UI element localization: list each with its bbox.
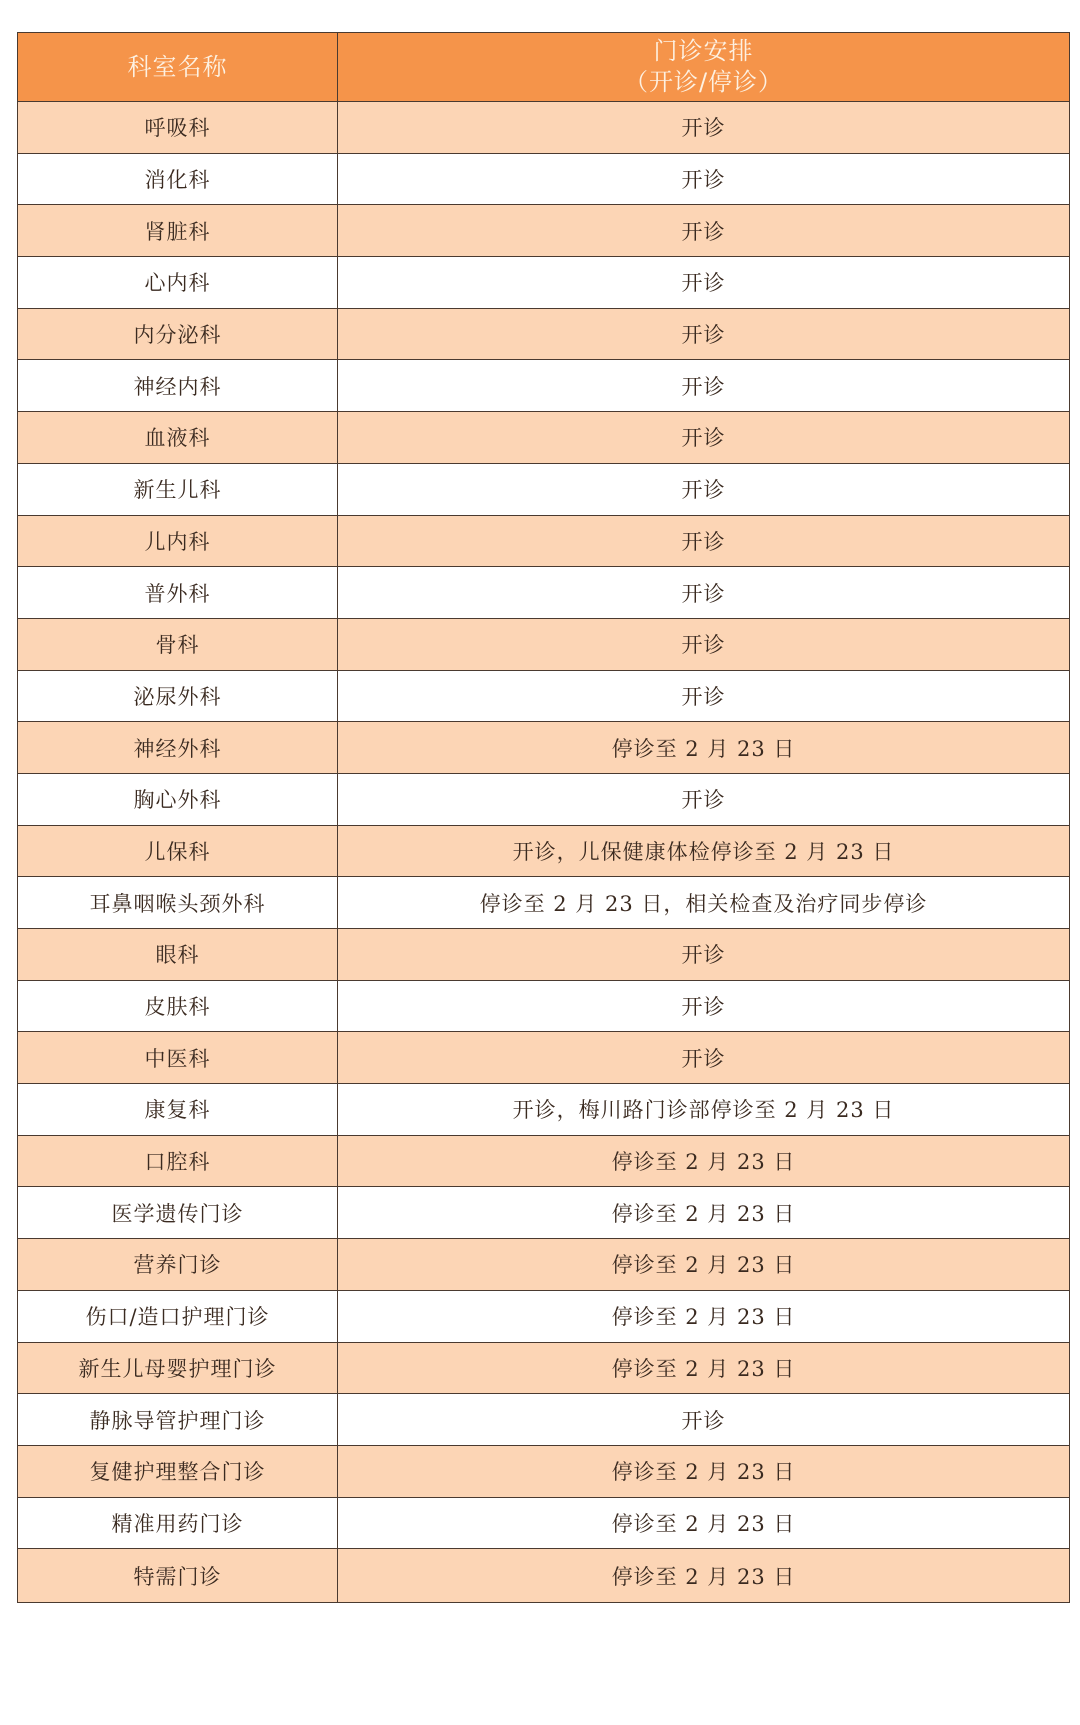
department-name-cell: 康复科 bbox=[18, 1084, 338, 1136]
schedule-status-cell: 开诊 bbox=[338, 618, 1070, 670]
department-name-cell: 血液科 bbox=[18, 412, 338, 464]
table-row: 耳鼻咽喉头颈外科停诊至 2 月 23 日，相关检查及治疗同步停诊 bbox=[18, 877, 1070, 929]
table-row: 皮肤科开诊 bbox=[18, 980, 1070, 1032]
table-row: 复健护理整合门诊停诊至 2 月 23 日 bbox=[18, 1445, 1070, 1497]
table-row: 血液科开诊 bbox=[18, 412, 1070, 464]
table-row: 中医科开诊 bbox=[18, 1032, 1070, 1084]
table-row: 普外科开诊 bbox=[18, 567, 1070, 619]
schedule-status-cell: 开诊 bbox=[338, 205, 1070, 257]
schedule-status-cell: 停诊至 2 月 23 日 bbox=[338, 1497, 1070, 1549]
table-row: 口腔科停诊至 2 月 23 日 bbox=[18, 1135, 1070, 1187]
schedule-status-cell: 停诊至 2 月 23 日 bbox=[338, 1135, 1070, 1187]
department-name-cell: 消化科 bbox=[18, 153, 338, 205]
table-row: 神经内科开诊 bbox=[18, 360, 1070, 412]
department-name-cell: 呼吸科 bbox=[18, 102, 338, 154]
table-row: 泌尿外科开诊 bbox=[18, 670, 1070, 722]
table-row: 肾脏科开诊 bbox=[18, 205, 1070, 257]
department-name-cell: 儿保科 bbox=[18, 825, 338, 877]
schedule-status-cell: 开诊 bbox=[338, 1032, 1070, 1084]
department-name-cell: 复健护理整合门诊 bbox=[18, 1445, 338, 1497]
header-schedule: 门诊安排 （开诊/停诊） bbox=[338, 33, 1070, 102]
table-row: 医学遗传门诊停诊至 2 月 23 日 bbox=[18, 1187, 1070, 1239]
department-name-cell: 中医科 bbox=[18, 1032, 338, 1084]
department-name-cell: 精准用药门诊 bbox=[18, 1497, 338, 1549]
table-row: 康复科开诊，梅川路门诊部停诊至 2 月 23 日 bbox=[18, 1084, 1070, 1136]
schedule-status-cell: 停诊至 2 月 23 日 bbox=[338, 1187, 1070, 1239]
table-row: 骨科开诊 bbox=[18, 618, 1070, 670]
schedule-status-cell: 开诊，梅川路门诊部停诊至 2 月 23 日 bbox=[338, 1084, 1070, 1136]
department-name-cell: 胸心外科 bbox=[18, 773, 338, 825]
schedule-status-cell: 停诊至 2 月 23 日 bbox=[338, 1342, 1070, 1394]
department-name-cell: 特需门诊 bbox=[18, 1549, 338, 1603]
table-header: 科室名称 门诊安排 （开诊/停诊） bbox=[18, 33, 1070, 102]
schedule-status-cell: 开诊 bbox=[338, 463, 1070, 515]
schedule-status-cell: 开诊 bbox=[338, 773, 1070, 825]
schedule-status-cell: 开诊 bbox=[338, 567, 1070, 619]
schedule-status-cell: 停诊至 2 月 23 日 bbox=[338, 1290, 1070, 1342]
schedule-status-cell: 停诊至 2 月 23 日 bbox=[338, 722, 1070, 774]
department-name-cell: 骨科 bbox=[18, 618, 338, 670]
table-row: 内分泌科开诊 bbox=[18, 308, 1070, 360]
table-row: 静脉导管护理门诊开诊 bbox=[18, 1394, 1070, 1446]
department-name-cell: 神经外科 bbox=[18, 722, 338, 774]
schedule-status-cell: 开诊 bbox=[338, 308, 1070, 360]
header-schedule-subtitle: （开诊/停诊） bbox=[338, 67, 1069, 98]
table-row: 伤口/造口护理门诊停诊至 2 月 23 日 bbox=[18, 1290, 1070, 1342]
schedule-status-cell: 开诊 bbox=[338, 102, 1070, 154]
department-name-cell: 伤口/造口护理门诊 bbox=[18, 1290, 338, 1342]
schedule-status-cell: 开诊 bbox=[338, 980, 1070, 1032]
table-row: 眼科开诊 bbox=[18, 929, 1070, 981]
table-row: 新生儿母婴护理门诊停诊至 2 月 23 日 bbox=[18, 1342, 1070, 1394]
clinic-schedule-table: 科室名称 门诊安排 （开诊/停诊） 呼吸科开诊消化科开诊肾脏科开诊心内科开诊内分… bbox=[17, 32, 1070, 1603]
department-name-cell: 儿内科 bbox=[18, 515, 338, 567]
header-schedule-title: 门诊安排 bbox=[338, 36, 1069, 67]
table-row: 消化科开诊 bbox=[18, 153, 1070, 205]
department-name-cell: 内分泌科 bbox=[18, 308, 338, 360]
schedule-status-cell: 开诊 bbox=[338, 929, 1070, 981]
department-name-cell: 皮肤科 bbox=[18, 980, 338, 1032]
department-name-cell: 肾脏科 bbox=[18, 205, 338, 257]
schedule-status-cell: 开诊 bbox=[338, 670, 1070, 722]
schedule-status-cell: 开诊 bbox=[338, 153, 1070, 205]
schedule-status-cell: 开诊，儿保健康体检停诊至 2 月 23 日 bbox=[338, 825, 1070, 877]
department-name-cell: 静脉导管护理门诊 bbox=[18, 1394, 338, 1446]
department-name-cell: 耳鼻咽喉头颈外科 bbox=[18, 877, 338, 929]
department-name-cell: 营养门诊 bbox=[18, 1239, 338, 1291]
schedule-status-cell: 开诊 bbox=[338, 412, 1070, 464]
table-row: 神经外科停诊至 2 月 23 日 bbox=[18, 722, 1070, 774]
table-row: 儿内科开诊 bbox=[18, 515, 1070, 567]
header-row: 科室名称 门诊安排 （开诊/停诊） bbox=[18, 33, 1070, 102]
schedule-status-cell: 停诊至 2 月 23 日 bbox=[338, 1445, 1070, 1497]
department-name-cell: 普外科 bbox=[18, 567, 338, 619]
schedule-status-cell: 开诊 bbox=[338, 1394, 1070, 1446]
schedule-status-cell: 停诊至 2 月 23 日 bbox=[338, 1239, 1070, 1291]
department-name-cell: 心内科 bbox=[18, 257, 338, 309]
table-row: 营养门诊停诊至 2 月 23 日 bbox=[18, 1239, 1070, 1291]
department-name-cell: 新生儿科 bbox=[18, 463, 338, 515]
schedule-status-cell: 开诊 bbox=[338, 360, 1070, 412]
department-name-cell: 口腔科 bbox=[18, 1135, 338, 1187]
table-row: 儿保科开诊，儿保健康体检停诊至 2 月 23 日 bbox=[18, 825, 1070, 877]
table-row: 呼吸科开诊 bbox=[18, 102, 1070, 154]
department-name-cell: 医学遗传门诊 bbox=[18, 1187, 338, 1239]
department-name-cell: 眼科 bbox=[18, 929, 338, 981]
table-row: 新生儿科开诊 bbox=[18, 463, 1070, 515]
header-department: 科室名称 bbox=[18, 33, 338, 102]
schedule-status-cell: 停诊至 2 月 23 日 bbox=[338, 1549, 1070, 1603]
schedule-status-cell: 开诊 bbox=[338, 257, 1070, 309]
schedule-status-cell: 开诊 bbox=[338, 515, 1070, 567]
table-row: 心内科开诊 bbox=[18, 257, 1070, 309]
department-name-cell: 神经内科 bbox=[18, 360, 338, 412]
schedule-status-cell: 停诊至 2 月 23 日，相关检查及治疗同步停诊 bbox=[338, 877, 1070, 929]
department-name-cell: 泌尿外科 bbox=[18, 670, 338, 722]
table-body: 呼吸科开诊消化科开诊肾脏科开诊心内科开诊内分泌科开诊神经内科开诊血液科开诊新生儿… bbox=[18, 102, 1070, 1603]
table-row: 胸心外科开诊 bbox=[18, 773, 1070, 825]
table-row: 特需门诊停诊至 2 月 23 日 bbox=[18, 1549, 1070, 1603]
department-name-cell: 新生儿母婴护理门诊 bbox=[18, 1342, 338, 1394]
table-row: 精准用药门诊停诊至 2 月 23 日 bbox=[18, 1497, 1070, 1549]
